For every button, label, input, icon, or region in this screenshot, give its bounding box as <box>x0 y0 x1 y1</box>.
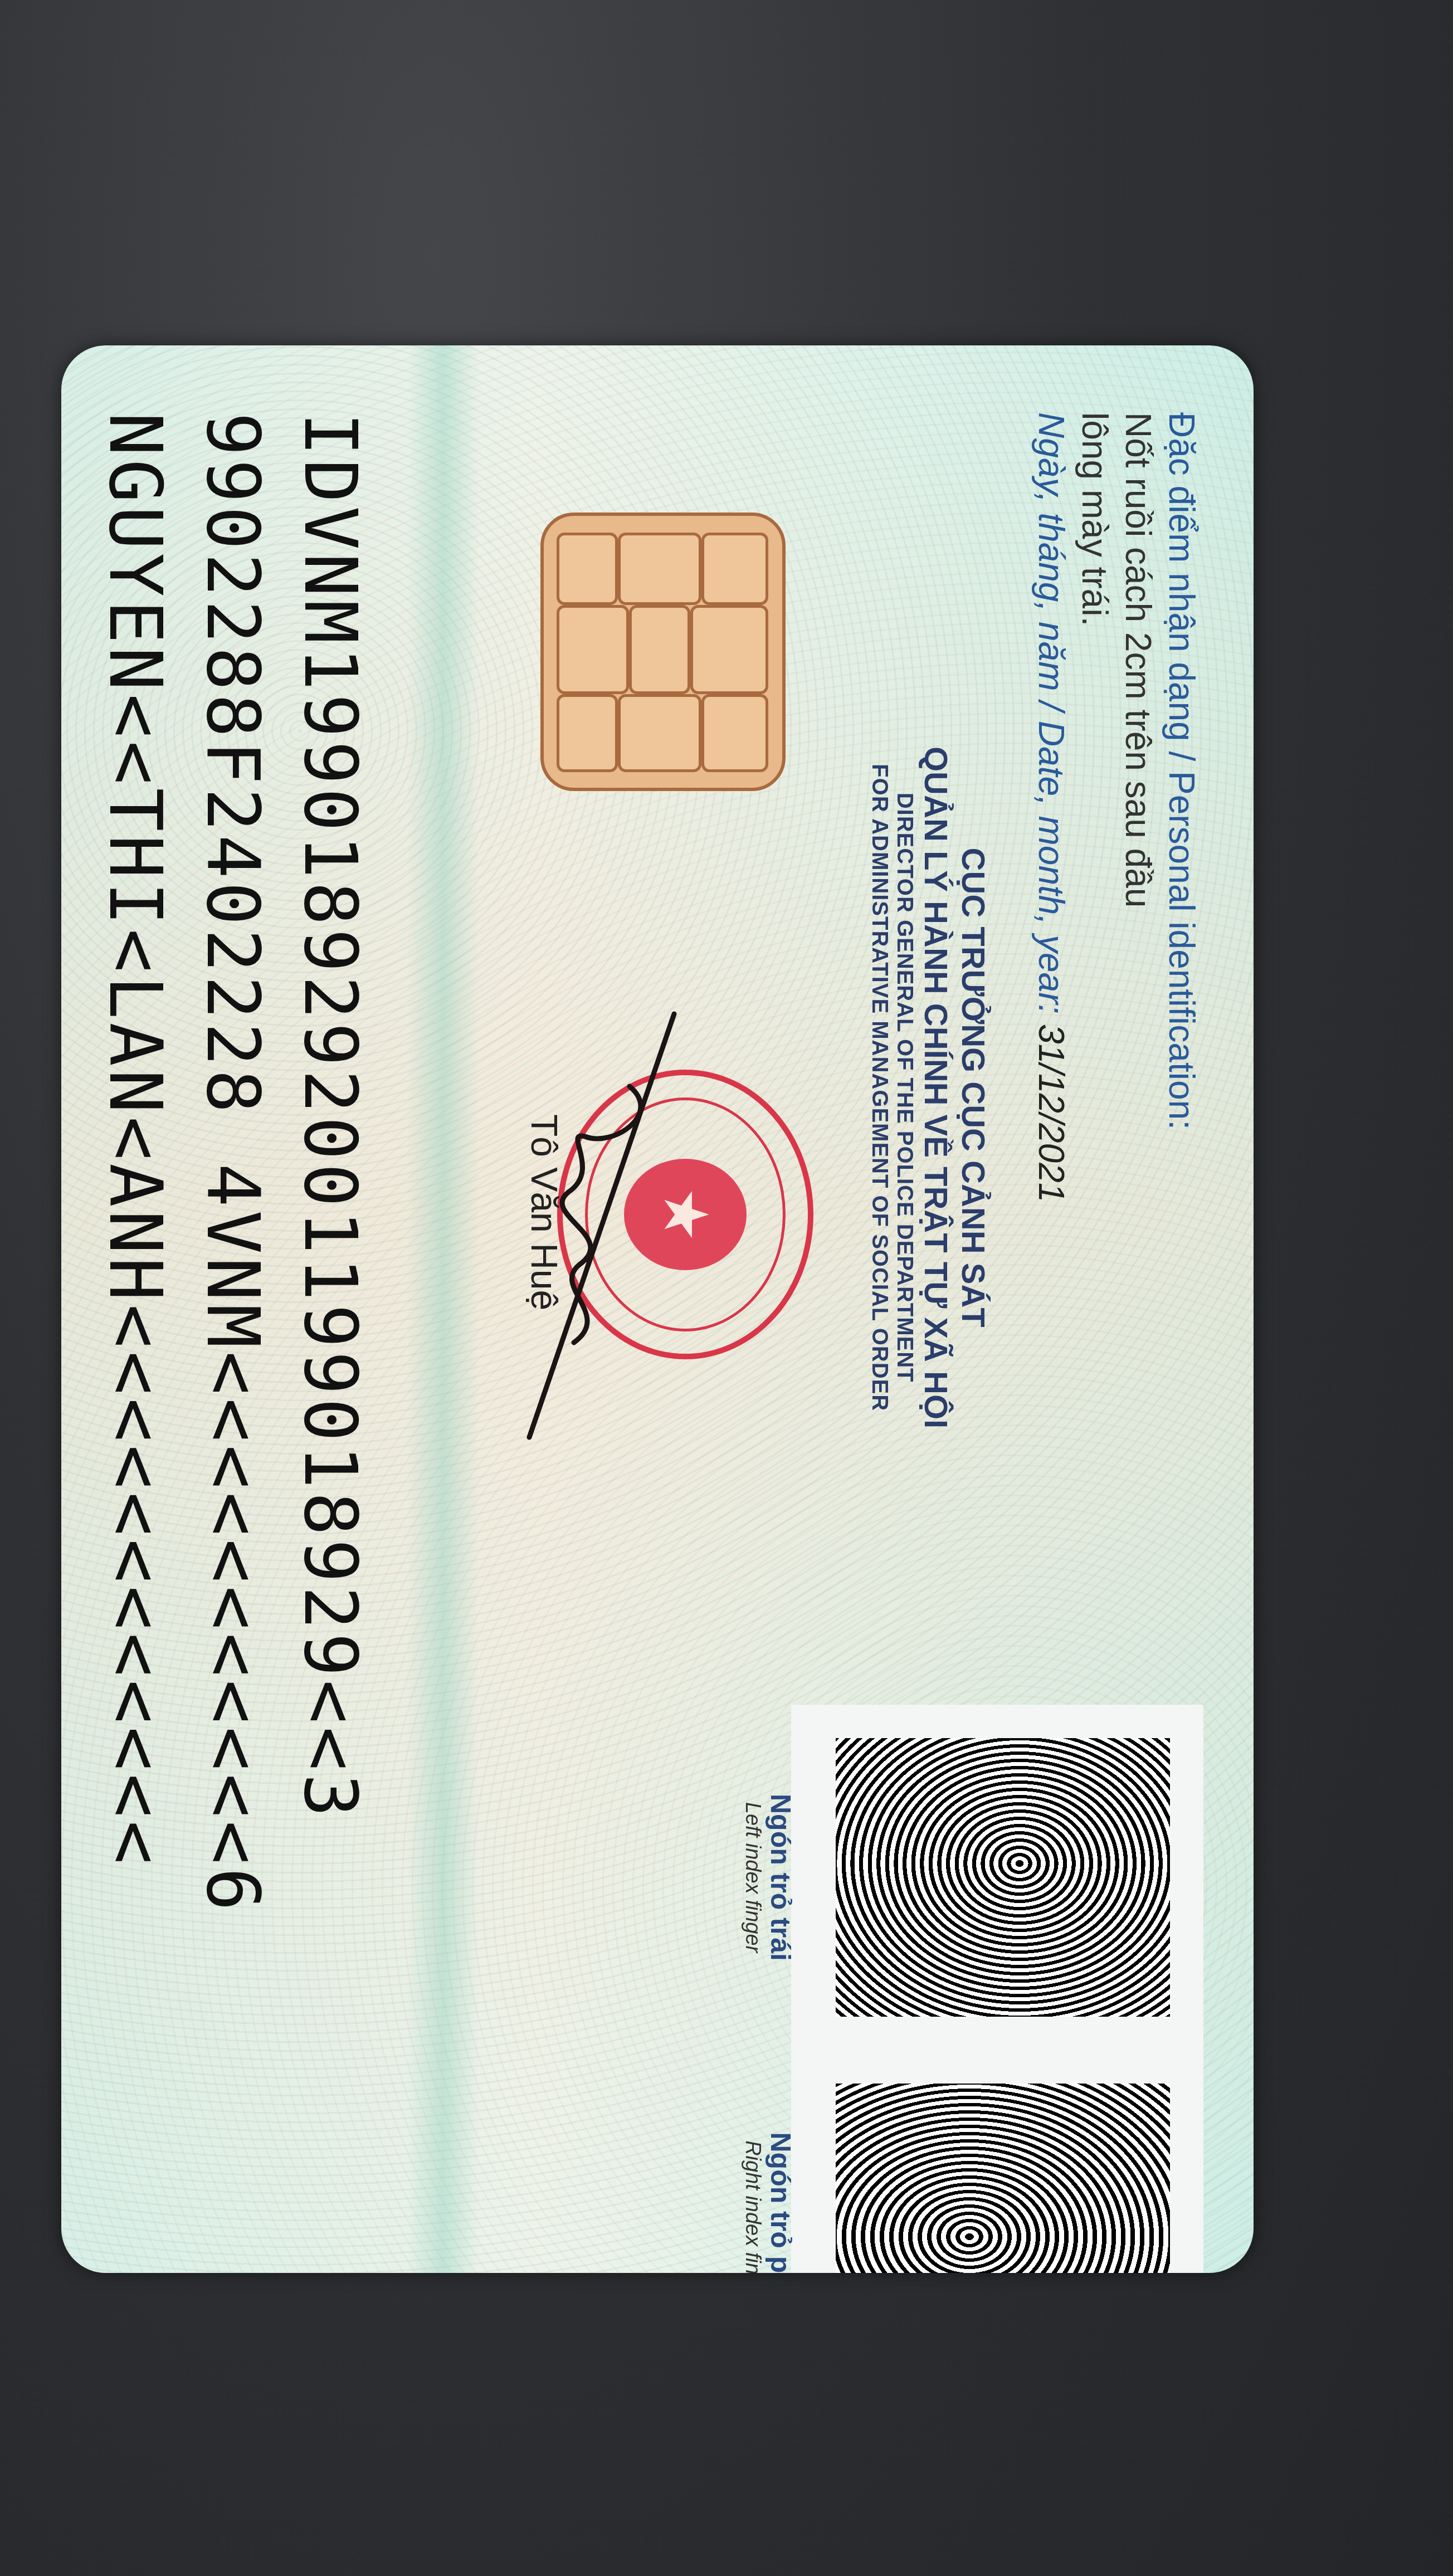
fingerprint-icon <box>836 1738 1170 2017</box>
issuing-authority: CỤC TRƯỞNG CỤC CẢNH SÁT QUẢN LÝ HÀNH CHÍ… <box>867 747 992 1428</box>
smart-chip-icon <box>540 513 786 791</box>
personal-identification-label: Đặc điểm nhận dạng / Personal identifica… <box>1160 412 1203 1638</box>
fingerprint-icon <box>836 2084 1170 2273</box>
authority-vn-1: CỤC TRƯỞNG CỤC CẢNH SÁT <box>954 747 992 1428</box>
right-finger-label: Ngón trỏ phải Right index finger <box>740 2050 797 2273</box>
issue-date-row: Ngày, tháng, năm / Date, month, year: 31… <box>1030 412 1073 1638</box>
signer-name: Tô Văn Huệ <box>523 1114 565 1310</box>
authority-vn-2: QUẢN LÝ HÀNH CHÍNH VỀ TRẬT TỰ XÃ HỘI <box>917 747 954 1428</box>
left-index-fingerprint <box>791 1705 1203 2050</box>
issue-date-label: Ngày, tháng, năm / Date, month, year: <box>1031 412 1071 1014</box>
personal-identification-value-2: lông mày trái. <box>1073 412 1116 1638</box>
right-index-fingerprint <box>791 2050 1203 2273</box>
card-info-block: Đặc điểm nhận dạng / Personal identifica… <box>1030 412 1203 1638</box>
id-card-back: Đặc điểm nhận dạng / Personal identifica… <box>61 345 1254 2273</box>
mrz-line-2: 9902288F2402228 4VNM<<<<<<<<<<<6 <box>184 412 281 1915</box>
authority-en-2: FOR ADMINISTRATIVE MANAGEMENT OF SOCIAL … <box>867 747 892 1428</box>
machine-readable-zone: IDVNM1990189292001199018929<<3 9902288F2… <box>86 412 379 1915</box>
mrz-line-3: NGUYEN<<THI<LAN<ANH<<<<<<<<<<<< <box>86 412 184 1915</box>
security-band <box>407 345 479 2273</box>
personal-identification-value-1: Nốt ruồi cách 2cm trên sau đầu <box>1116 412 1160 1638</box>
mrz-line-1: IDVNM1990189292001199018929<<3 <box>281 412 379 1915</box>
authority-en-1: DIRECTOR GENERAL OF THE POLICE DEPARTMEN… <box>892 747 917 1428</box>
issue-date-value: 31/12/2021 <box>1031 1024 1071 1202</box>
left-finger-label: Ngón trỏ trái Left index finger <box>740 1705 797 2050</box>
